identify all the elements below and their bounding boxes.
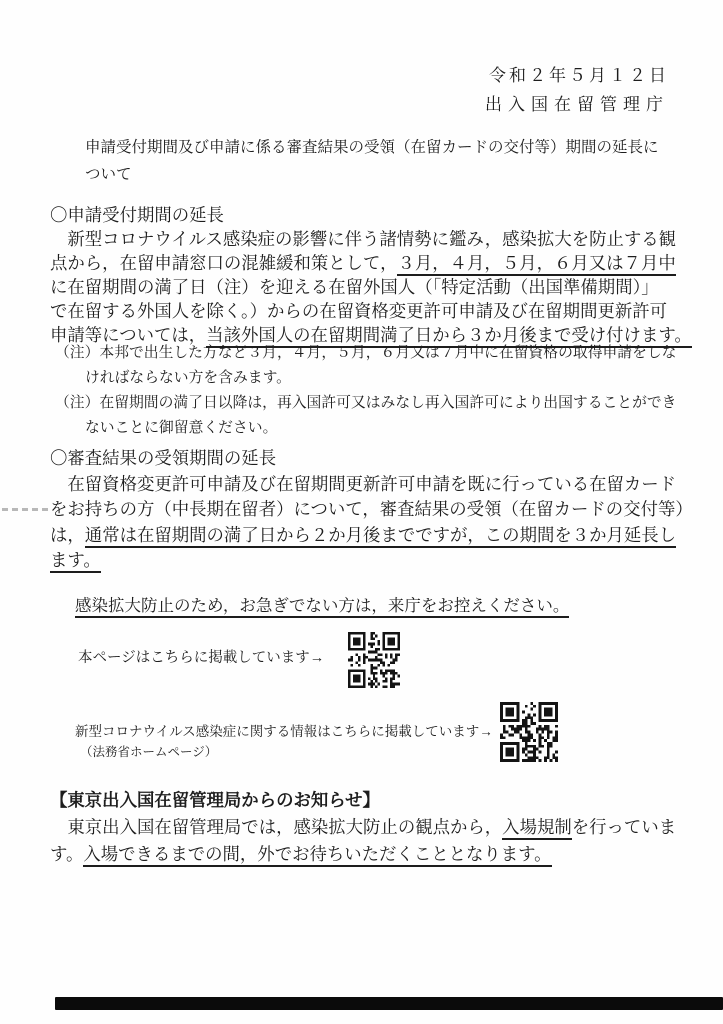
section1-line: で在留する外国人を除く。）からの在留資格変更許可申請及び在留期間更新許可: [50, 299, 692, 323]
section2-line: は，通常は在留期間の満了日から２か月後までですが，この期間を３か月延長し: [50, 523, 693, 549]
visit-restraint-notice: 感染拡大防止のため，お急ぎでない方は，来庁をお控えください。: [75, 592, 569, 616]
section1-heading: 〇申請受付期間の延長: [50, 203, 692, 227]
section2-heading: 〇審査結果の受領期間の延長: [50, 446, 693, 472]
underlined-text: ます。: [50, 550, 101, 573]
note-line: ないことに御留意ください。: [55, 416, 676, 441]
section1-line: に在留期間の満了日（注）を迎える在留外国人（「特定活動（出国準備期間）」: [50, 275, 692, 299]
section2-line: 在留資格変更許可申請及び在留期間更新許可申請を既に行っている在留カード: [50, 472, 693, 498]
qr1-label: 本ページはこちらに掲載しています→: [78, 646, 324, 667]
text-segment: を行っていま: [572, 817, 676, 837]
text-segment: す。: [50, 844, 83, 864]
section-tokyo-announcement: 【東京出入国在留管理局からのお知らせ】 東京出入国在留管理局では，感染拡大防止の…: [50, 787, 676, 868]
scan-artifact-bar: [55, 997, 723, 1010]
section2-line: をお持ちの方（中長期在留者）について，審査結果の受領（在留カードの交付等）: [50, 497, 693, 523]
note-line: （注）本邦で出生した方など３月，４月，５月，６月又は７月中に在留資格の取得申請を…: [55, 341, 676, 366]
doc-date: 令和２年５月１２日: [489, 61, 669, 86]
tokyo-heading: 【東京出入国在留管理局からのお知らせ】: [50, 787, 676, 814]
text-segment: 点から，在留申請窓口の混雑緩和策として，: [50, 253, 397, 273]
underlined-text: 感染拡大防止のため，お急ぎでない方は，来庁をお控えください。: [75, 597, 569, 618]
section2-line: ます。: [50, 548, 693, 574]
text-segment: 東京出入国在留管理局では，感染拡大防止の観点から，: [50, 817, 502, 837]
section-result-receipt-period: 〇審査結果の受領期間の延長 在留資格変更許可申請及び在留期間更新許可申請を既に行…: [50, 446, 693, 574]
qr-code: [348, 632, 400, 688]
section1-line: 新型コロナウイルス感染症の影響に伴う諸情勢に鑑み，感染拡大を防止する観: [50, 227, 692, 251]
tokyo-line: 東京出入国在留管理局では，感染拡大防止の観点から，入場規制を行っていま: [50, 814, 676, 841]
section-application-period: 〇申請受付期間の延長 新型コロナウイルス感染症の影響に伴う諸情勢に鑑み，感染拡大…: [50, 203, 692, 347]
scan-dash-artifact: [2, 508, 52, 511]
section1-line: 点から，在留申請窓口の混雑緩和策として，３月，４月，５月，６月又は７月中: [50, 251, 692, 275]
note-line: （注）在留期間の満了日以降は，再入国許可又はみなし再入国許可により出国することが…: [55, 391, 676, 416]
qr-code-canvas: [348, 632, 400, 688]
tokyo-line: す。入場できるまでの間，外でお待ちいただくこととなります。: [50, 841, 676, 868]
text-segment: は，: [50, 525, 85, 545]
section1-notes: （注）本邦で出生した方など３月，４月，５月，６月又は７月中に在留資格の取得申請を…: [55, 341, 676, 441]
doc-title: 申請受付期間及び申請に係る審査結果の受領（在留カードの交付等）期間の延長に つい…: [85, 134, 659, 188]
underlined-text: 入場規制: [502, 817, 572, 840]
doc-title-line2: ついて: [85, 161, 659, 188]
doc-title-line1: 申請受付期間及び申請に係る審査結果の受領（在留カードの交付等）期間の延長に: [85, 134, 659, 161]
doc-issuer: 出入国在留管理庁: [485, 90, 669, 115]
document-page: 令和２年５月１２日 出入国在留管理庁 申請受付期間及び申請に係る審査結果の受領（…: [0, 0, 723, 1024]
qr-code: [500, 702, 558, 762]
note-line: ければならない方を含みます。: [55, 366, 676, 391]
underlined-text: ３月，４月，５月，６月又は７月中: [397, 253, 675, 276]
underlined-text: 通常は在留期間の満了日から２か月後までですが，この期間を３か月延長し: [85, 525, 676, 548]
qr2-sublabel: （法務省ホームページ）: [80, 742, 217, 760]
qr2-label: 新型コロナウイルス感染症に関する情報はこちらに掲載しています→: [75, 720, 493, 740]
qr-code-canvas: [500, 702, 558, 762]
underlined-text: 入場できるまでの間，外でお待ちいただくこととなります。: [83, 844, 551, 867]
